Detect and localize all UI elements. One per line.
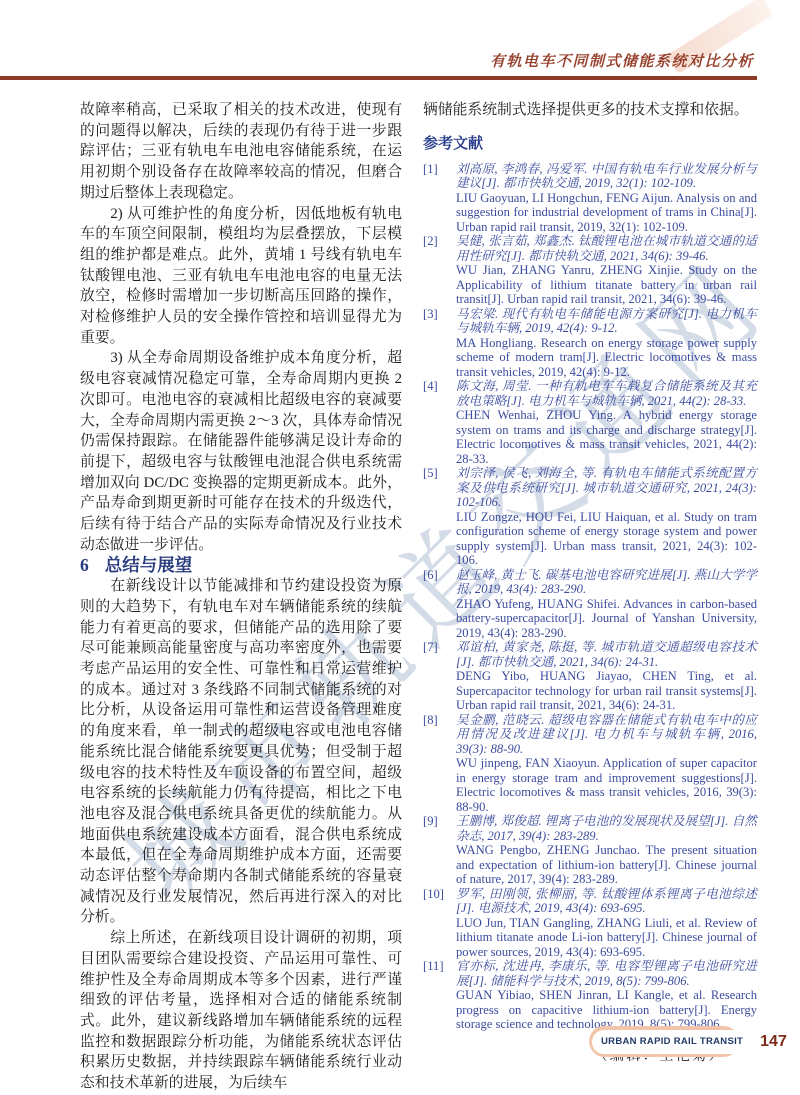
journal-page: 城市轨道交通网 有轨电车不同制式储能系统对比分析 故障率稍高，已采取了相关的技术…: [0, 0, 800, 1095]
reference-english: DENG Yibo, HUANG Jiayao, CHEN Ting, et a…: [456, 669, 757, 713]
reference-english: LUO Jun, TIAN Gangling, ZHANG Liuli, et …: [456, 916, 757, 960]
reference-english: WU jinpeng, FAN Xiaoyun. Application of …: [456, 756, 757, 814]
reference-english: ZHAO Yufeng, HUANG Shifei. Advances in c…: [456, 597, 757, 641]
reference-english: LIU Zongze, HOU Fei, LIU Haiquan, et al.…: [456, 510, 757, 568]
section-heading: 6总结与展望: [80, 555, 402, 576]
reference-item: [8] 吴金鹏, 范晓云. 超级电容器在储能式有轨电车中的应用情况及改进建议[J…: [423, 713, 757, 815]
reference-chinese: 刘宗泽, 侯飞, 刘海全, 等. 有轨电车储能式系统配置方案及供电系统研究[J]…: [456, 466, 757, 510]
reference-chinese: 马宏梁. 现代有轨电车储能电源方案研究[J]. 电力机车与城轨车辆, 2019,…: [456, 307, 757, 336]
reference-item: [4] 陈文海, 周莹. 一种有轨电车车载复合储能系统及其充放电策略[J]. 电…: [423, 379, 757, 466]
reference-chinese: 赵玉峰, 黄士飞. 碳基电池电容研究进展[J]. 燕山大学学报, 2019, 4…: [456, 568, 757, 597]
reference-chinese: 吴金鹏, 范晓云. 超级电容器在储能式有轨电车中的应用情况及改进建议[J]. 电…: [456, 713, 757, 757]
left-column: 故障率稍高，已采取了相关的技术改进，使现有的问题得以解决，后续的表现仍有待于进一…: [80, 100, 402, 1094]
reference-number: [10]: [423, 887, 456, 960]
reference-item: [11] 官亦标, 沈进冉, 李康乐, 等. 电容型锂离子电池研究进展[J]. …: [423, 959, 757, 1032]
body-paragraph: 辆储能系统制式选择提供更多的技术支撑和依据。: [423, 100, 757, 121]
reference-body: 刘宗泽, 侯飞, 刘海全, 等. 有轨电车储能式系统配置方案及供电系统研究[J]…: [456, 466, 757, 568]
section-number: 6: [80, 555, 89, 575]
reference-item: [3] 马宏梁. 现代有轨电车储能电源方案研究[J]. 电力机车与城轨车辆, 2…: [423, 307, 757, 380]
body-paragraph: 2) 从可维护性的角度分析，因低地板有轨电车的车顶空间限制，模组均为层叠摆放，下…: [80, 204, 402, 349]
reference-number: [11]: [423, 959, 456, 1032]
journal-name: URBAN RAPID RAIL TRANSIT: [592, 1030, 752, 1054]
reference-number: [7]: [423, 640, 456, 713]
reference-chinese: 吴健, 张言茹, 郑鑫杰. 钛酸锂电池在城市轨道交通的适用性研究[J]. 都市快…: [456, 234, 757, 263]
reference-number: [4]: [423, 379, 456, 466]
page-number: 147: [760, 1033, 787, 1051]
reference-number: [2]: [423, 234, 456, 307]
reference-chinese: 王鹏博, 郑俊超. 锂离子电池的发展现状及展望[J]. 自然杂志, 2017, …: [456, 814, 757, 843]
reference-body: 吴金鹏, 范晓云. 超级电容器在储能式有轨电车中的应用情况及改进建议[J]. 电…: [456, 713, 757, 815]
reference-item: [9] 王鹏博, 郑俊超. 锂离子电池的发展现状及展望[J]. 自然杂志, 20…: [423, 814, 757, 887]
reference-body: 邓谊柏, 黄家尧, 陈挺, 等. 城市轨道交通超级电容技术[J]. 都市快轨交通…: [456, 640, 757, 713]
reference-body: 马宏梁. 现代有轨电车储能电源方案研究[J]. 电力机车与城轨车辆, 2019,…: [456, 307, 757, 380]
reference-chinese: 官亦标, 沈进冉, 李康乐, 等. 电容型锂离子电池研究进展[J]. 储能科学与…: [456, 959, 757, 988]
reference-item: [2] 吴健, 张言茹, 郑鑫杰. 钛酸锂电池在城市轨道交通的适用性研究[J].…: [423, 234, 757, 307]
reference-item: [7] 邓谊柏, 黄家尧, 陈挺, 等. 城市轨道交通超级电容技术[J]. 都市…: [423, 640, 757, 713]
body-paragraph: 综上所述，在新线项目设计调研的初期，项目团队需要综合建设投资、产品运用可靠性、可…: [80, 928, 402, 1094]
reference-number: [1]: [423, 162, 456, 235]
reference-body: 赵玉峰, 黄士飞. 碳基电池电容研究进展[J]. 燕山大学学报, 2019, 4…: [456, 568, 757, 641]
body-paragraph: 故障率稍高，已采取了相关的技术改进，使现有的问题得以解决，后续的表现仍有待于进一…: [80, 100, 402, 204]
reference-item: [5] 刘宗泽, 侯飞, 刘海全, 等. 有轨电车储能式系统配置方案及供电系统研…: [423, 466, 757, 568]
reference-item: [6] 赵玉峰, 黄士飞. 碳基电池电容研究进展[J]. 燕山大学学报, 201…: [423, 568, 757, 641]
reference-chinese: 陈文海, 周莹. 一种有轨电车车载复合储能系统及其充放电策略[J]. 电力机车与…: [456, 379, 757, 408]
reference-english: CHEN Wenhai, ZHOU Ying. A hybrid energy …: [456, 408, 757, 466]
reference-number: [6]: [423, 568, 456, 641]
right-column: 辆储能系统制式选择提供更多的技术支撑和依据。 参考文献 [1] 刘高原, 李鸿春…: [423, 100, 757, 1079]
reference-english: WANG Pengbo, ZHENG Junchao. The present …: [456, 843, 757, 887]
header-rule: [0, 76, 757, 80]
reference-item: [1] 刘高原, 李鸿春, 冯爱军. 中国有轨电车行业发展分析与建议[J]. 都…: [423, 162, 757, 235]
reference-chinese: 刘高原, 李鸿春, 冯爱军. 中国有轨电车行业发展分析与建议[J]. 都市快轨交…: [456, 162, 757, 191]
reference-chinese: 邓谊柏, 黄家尧, 陈挺, 等. 城市轨道交通超级电容技术[J]. 都市快轨交通…: [456, 640, 757, 669]
reference-body: 吴健, 张言茹, 郑鑫杰. 钛酸锂电池在城市轨道交通的适用性研究[J]. 都市快…: [456, 234, 757, 307]
reference-body: 罗军, 田刚领, 张柳丽, 等. 钛酸锂体系锂离子电池综述[J]. 电源技术, …: [456, 887, 757, 960]
section-title: 总结与展望: [105, 555, 193, 575]
reference-body: 刘高原, 李鸿春, 冯爱军. 中国有轨电车行业发展分析与建议[J]. 都市快轨交…: [456, 162, 757, 235]
reference-body: 王鹏博, 郑俊超. 锂离子电池的发展现状及展望[J]. 自然杂志, 2017, …: [456, 814, 757, 887]
reference-english: WU Jian, ZHANG Yanru, ZHENG Xinjie. Stud…: [456, 263, 757, 307]
reference-chinese: 罗军, 田刚领, 张柳丽, 等. 钛酸锂体系锂离子电池综述[J]. 电源技术, …: [456, 887, 757, 916]
running-head-title: 有轨电车不同制式储能系统对比分析: [490, 50, 754, 71]
body-paragraph: 在新线设计以节能减排和节约建设投资为原则的大趋势下，有轨电车对车辆储能系统的续航…: [80, 576, 402, 928]
reference-english: MA Hongliang. Research on energy storage…: [456, 336, 757, 380]
body-paragraph: 3) 从全寿命周期设备维护成本角度分析，超级电容衰减情况稳定可靠，全寿命周期内更…: [80, 348, 402, 555]
reference-english: LIU Gaoyuan, LI Hongchun, FENG Aijun. An…: [456, 191, 757, 235]
reference-number: [3]: [423, 307, 456, 380]
reference-number: [8]: [423, 713, 456, 815]
reference-body: 陈文海, 周莹. 一种有轨电车车载复合储能系统及其充放电策略[J]. 电力机车与…: [456, 379, 757, 466]
reference-number: [5]: [423, 466, 456, 568]
reference-number: [9]: [423, 814, 456, 887]
footer-badge: URBAN RAPID RAIL TRANSIT 147: [589, 1026, 739, 1057]
reference-item: [10] 罗军, 田刚领, 张柳丽, 等. 钛酸锂体系锂离子电池综述[J]. 电…: [423, 887, 757, 960]
reference-body: 官亦标, 沈进冉, 李康乐, 等. 电容型锂离子电池研究进展[J]. 储能科学与…: [456, 959, 757, 1032]
references-heading: 参考文献: [423, 132, 757, 153]
